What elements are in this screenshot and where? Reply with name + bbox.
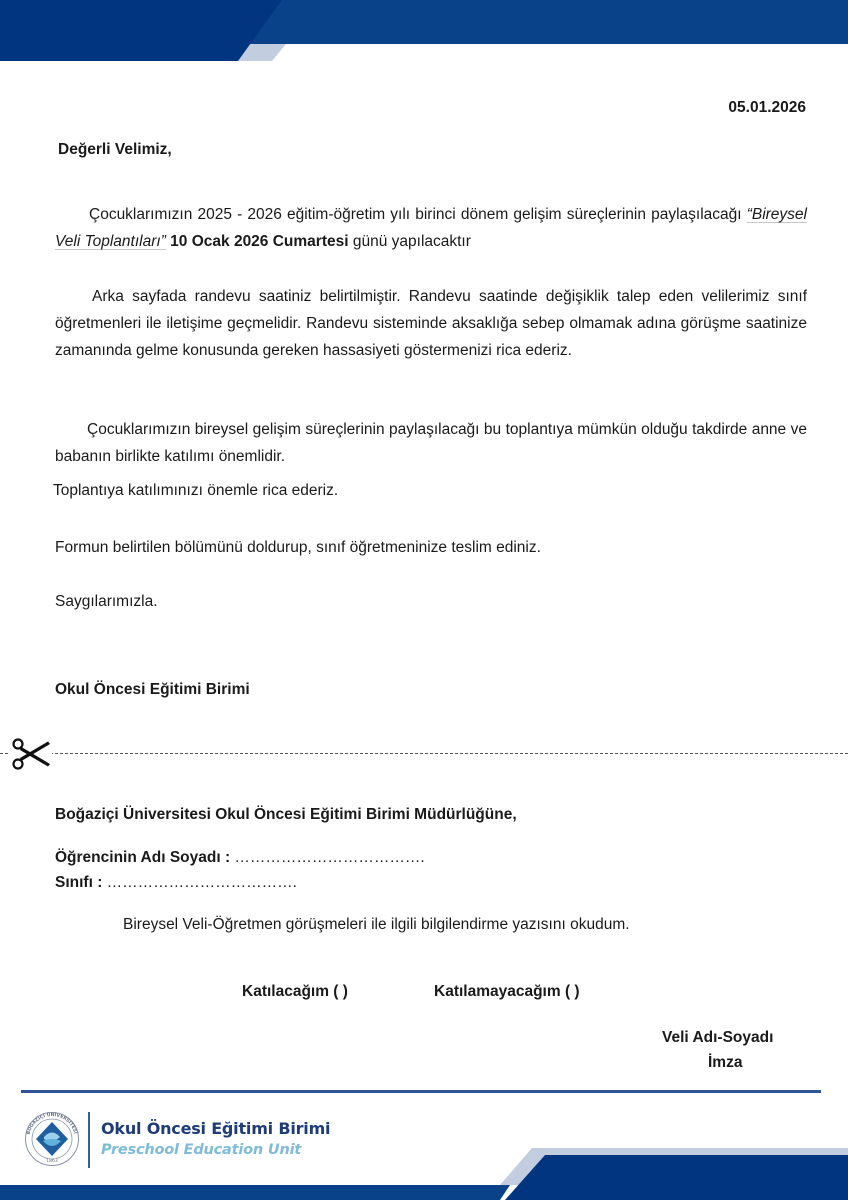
header-banner (0, 0, 848, 64)
signature-unit: Okul Öncesi Eğitimi Birimi (55, 681, 250, 699)
paragraph-text: Çocuklarımızın bireysel gelişim süreçler… (55, 421, 807, 465)
option-attend[interactable]: Katılacağım ( ) (242, 983, 348, 1001)
paragraph-text: günü yapılacaktır (349, 233, 471, 250)
form-instruction: Formun belirtilen bölümünü doldurup, sın… (55, 539, 541, 557)
option-not-attend[interactable]: Katılamayacağım ( ) (434, 983, 580, 1001)
unit-name-tr: Okul Öncesi Eğitimi Birimi (101, 1119, 330, 1138)
student-name-blank[interactable]: ………………………………. (234, 849, 424, 866)
footer-divider (21, 1090, 821, 1093)
closing: Saygılarımızla. (55, 593, 158, 611)
cut-line (0, 753, 848, 754)
greeting: Değerli Velimiz, (58, 141, 172, 159)
meeting-date: 10 Ocak 2026 Cumartesi (170, 233, 348, 250)
student-name-label: Öğrencinin Adı Soyadı : (55, 849, 230, 866)
attendance-request: Toplantıya katılımınızı önemle rica eder… (53, 482, 338, 500)
signature-label: İmza (708, 1054, 742, 1072)
form-title: Boğaziçi Üniversitesi Okul Öncesi Eğitim… (55, 806, 517, 824)
paragraph-text: Arka sayfada randevu saatiniz belirtilmi… (55, 288, 807, 359)
scissors-icon (10, 737, 52, 771)
class-blank[interactable]: ………………………………. (107, 874, 297, 891)
paragraph-text: Çocuklarımızın 2025 - 2026 eğitim-öğreti… (89, 206, 747, 223)
paragraph-meeting-announcement: Çocuklarımızın 2025 - 2026 eğitim-öğreti… (55, 201, 807, 255)
paragraph-appointment: Arka sayfada randevu saatiniz belirtilmi… (55, 283, 807, 364)
class-label: Sınıfı : (55, 874, 102, 891)
paragraph-both-parents: Çocuklarımızın bireysel gelişim süreçler… (55, 416, 807, 470)
acknowledgement-text: Bireysel Veli-Öğretmen görüşmeleri ile i… (123, 916, 630, 934)
footer-banner (0, 1140, 848, 1200)
letter-page: 05.01.2026 Değerli Velimiz, Çocuklarımız… (0, 0, 848, 1200)
student-name-field[interactable]: Öğrencinin Adı Soyadı : ………………………………. (55, 849, 425, 867)
class-field[interactable]: Sınıfı : ………………………………. (55, 874, 297, 892)
parent-name-label: Veli Adı-Soyadı (662, 1029, 773, 1047)
letter-date: 05.01.2026 (728, 99, 806, 117)
